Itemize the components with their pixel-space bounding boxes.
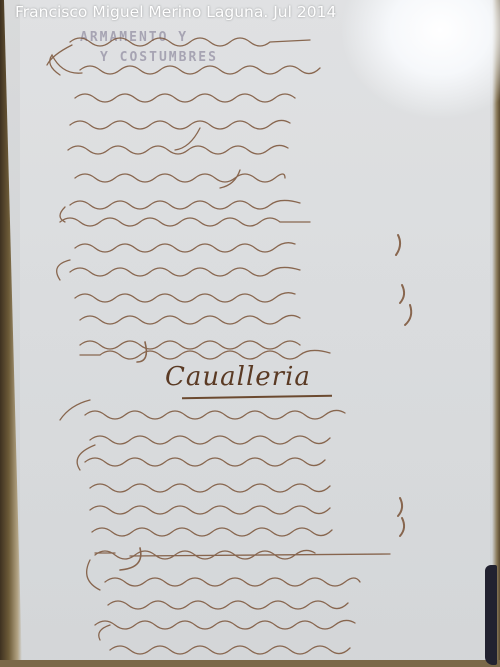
manuscript-heading: Caualleria (165, 362, 311, 392)
light-glare (340, 0, 500, 120)
manuscript-photo: ARMAMENTO Y Y COSTUMBRES (0, 0, 500, 667)
photo-credit-watermark: Francisco Miguel Merino Laguna. Jul 2014 (15, 3, 336, 21)
